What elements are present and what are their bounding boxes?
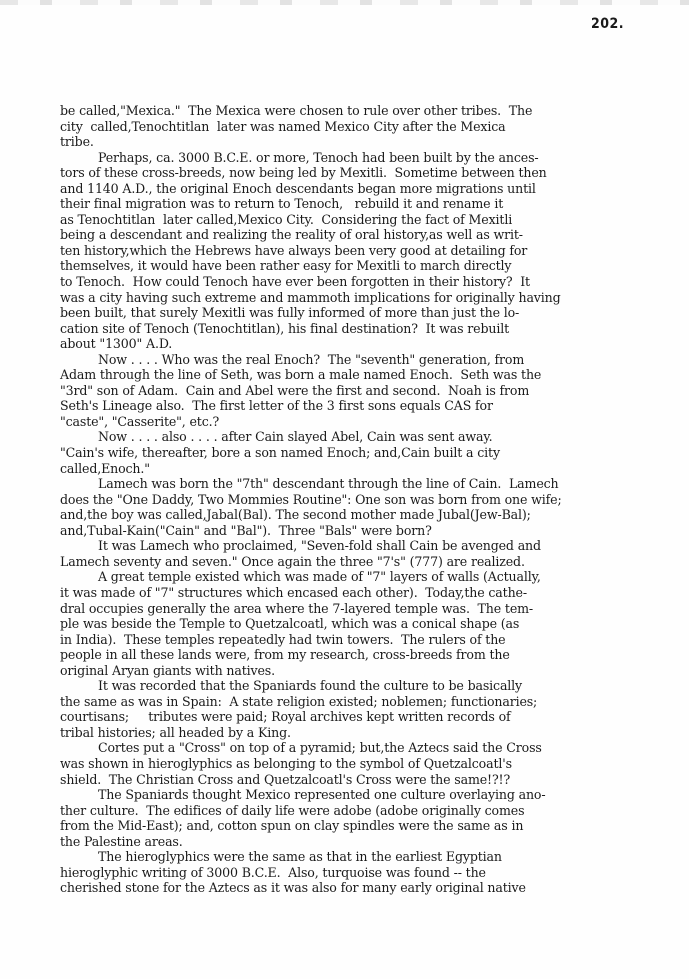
text-line: tors of these cross-breeds, now being le… — [60, 165, 680, 181]
text-line: and,the boy was called,Jabal(Bal). The s… — [60, 507, 680, 523]
text-line: "Cain's wife, thereafter, bore a son nam… — [60, 445, 680, 461]
text-line: A great temple existed which was made of… — [60, 569, 680, 585]
text-line: about "1300" A.D. — [60, 336, 680, 352]
text-line: cation site of Tenoch (Tenochtitlan), hi… — [60, 321, 680, 337]
text-line: themselves, it would have been rather ea… — [60, 258, 680, 274]
text-line: people in all these lands were, from my … — [60, 647, 680, 663]
text-line: Cortes put a "Cross" on top of a pyramid… — [60, 740, 680, 756]
text-line: their final migration was to return to T… — [60, 196, 680, 212]
text-line: does the "One Daddy, Two Mommies Routine… — [60, 492, 680, 508]
text-line: called,Enoch." — [60, 461, 680, 477]
text-line: it was made of "7" structures which enca… — [60, 585, 680, 601]
text-line: was a city having such extreme and mammo… — [60, 290, 680, 306]
text-line: been built, that surely Mexitli was full… — [60, 305, 680, 321]
body-text: be called,"Mexica." The Mexica were chos… — [60, 103, 680, 896]
text-line: dral occupies generally the area where t… — [60, 601, 680, 617]
text-line: shield. The Christian Cross and Quetzalc… — [60, 772, 680, 788]
text-line: "caste", "Casserite", etc.? — [60, 414, 680, 430]
text-line: in India). These temples repeatedly had … — [60, 632, 680, 648]
text-line: Seth's Lineage also. The first letter of… — [60, 398, 680, 414]
scan-edge-artifact — [0, 0, 689, 5]
text-line: original Aryan giants with natives. — [60, 663, 680, 679]
text-line: hieroglyphic writing of 3000 B.C.E. Also… — [60, 865, 680, 881]
text-line: Now . . . . Who was the real Enoch? The … — [60, 352, 680, 368]
text-line: the Palestine areas. — [60, 834, 680, 850]
text-line: tribe. — [60, 134, 680, 150]
text-line: ther culture. The edifices of daily life… — [60, 803, 680, 819]
text-line: Lamech seventy and seven." Once again th… — [60, 554, 680, 570]
text-line: cherished stone for the Aztecs as it was… — [60, 880, 680, 896]
text-line: and 1140 A.D., the original Enoch descen… — [60, 181, 680, 197]
text-line: It was Lamech who proclaimed, "Seven-fol… — [60, 538, 680, 554]
text-line: courtisans; tributes were paid; Royal ar… — [60, 709, 680, 725]
text-line: being a descendant and realizing the rea… — [60, 227, 680, 243]
text-line: The Spaniards thought Mexico represented… — [60, 787, 680, 803]
text-line: city called,Tenochtitlan later was named… — [60, 119, 680, 135]
text-line: the same as was in Spain: A state religi… — [60, 694, 680, 710]
text-line: as Tenochtitlan later called,Mexico City… — [60, 212, 680, 228]
text-line: It was recorded that the Spaniards found… — [60, 678, 680, 694]
text-line: Adam through the line of Seth, was born … — [60, 367, 680, 383]
text-line: ten history,which the Hebrews have alway… — [60, 243, 680, 259]
text-line: from the Mid-East); and, cotton spun on … — [60, 818, 680, 834]
text-line: tribal histories; all headed by a King. — [60, 725, 680, 741]
text-line: to Tenoch. How could Tenoch have ever be… — [60, 274, 680, 290]
text-line: Perhaps, ca. 3000 B.C.E. or more, Tenoch… — [60, 150, 680, 166]
text-line: The hieroglyphics were the same as that … — [60, 849, 680, 865]
text-line: be called,"Mexica." The Mexica were chos… — [60, 103, 680, 119]
text-line: ple was beside the Temple to Quetzalcoat… — [60, 616, 680, 632]
text-line: was shown in hieroglyphics as belonging … — [60, 756, 680, 772]
text-line: Lamech was born the "7th" descendant thr… — [60, 476, 680, 492]
text-line: Now . . . . also . . . . after Cain slay… — [60, 429, 680, 445]
document-page: 202. be called,"Mexica." The Mexica were… — [0, 0, 689, 979]
text-line: and,Tubal-Kain("Cain" and "Bal"). Three … — [60, 523, 680, 539]
text-line: "3rd" son of Adam. Cain and Abel were th… — [60, 383, 680, 399]
page-number: 202. — [591, 16, 624, 32]
